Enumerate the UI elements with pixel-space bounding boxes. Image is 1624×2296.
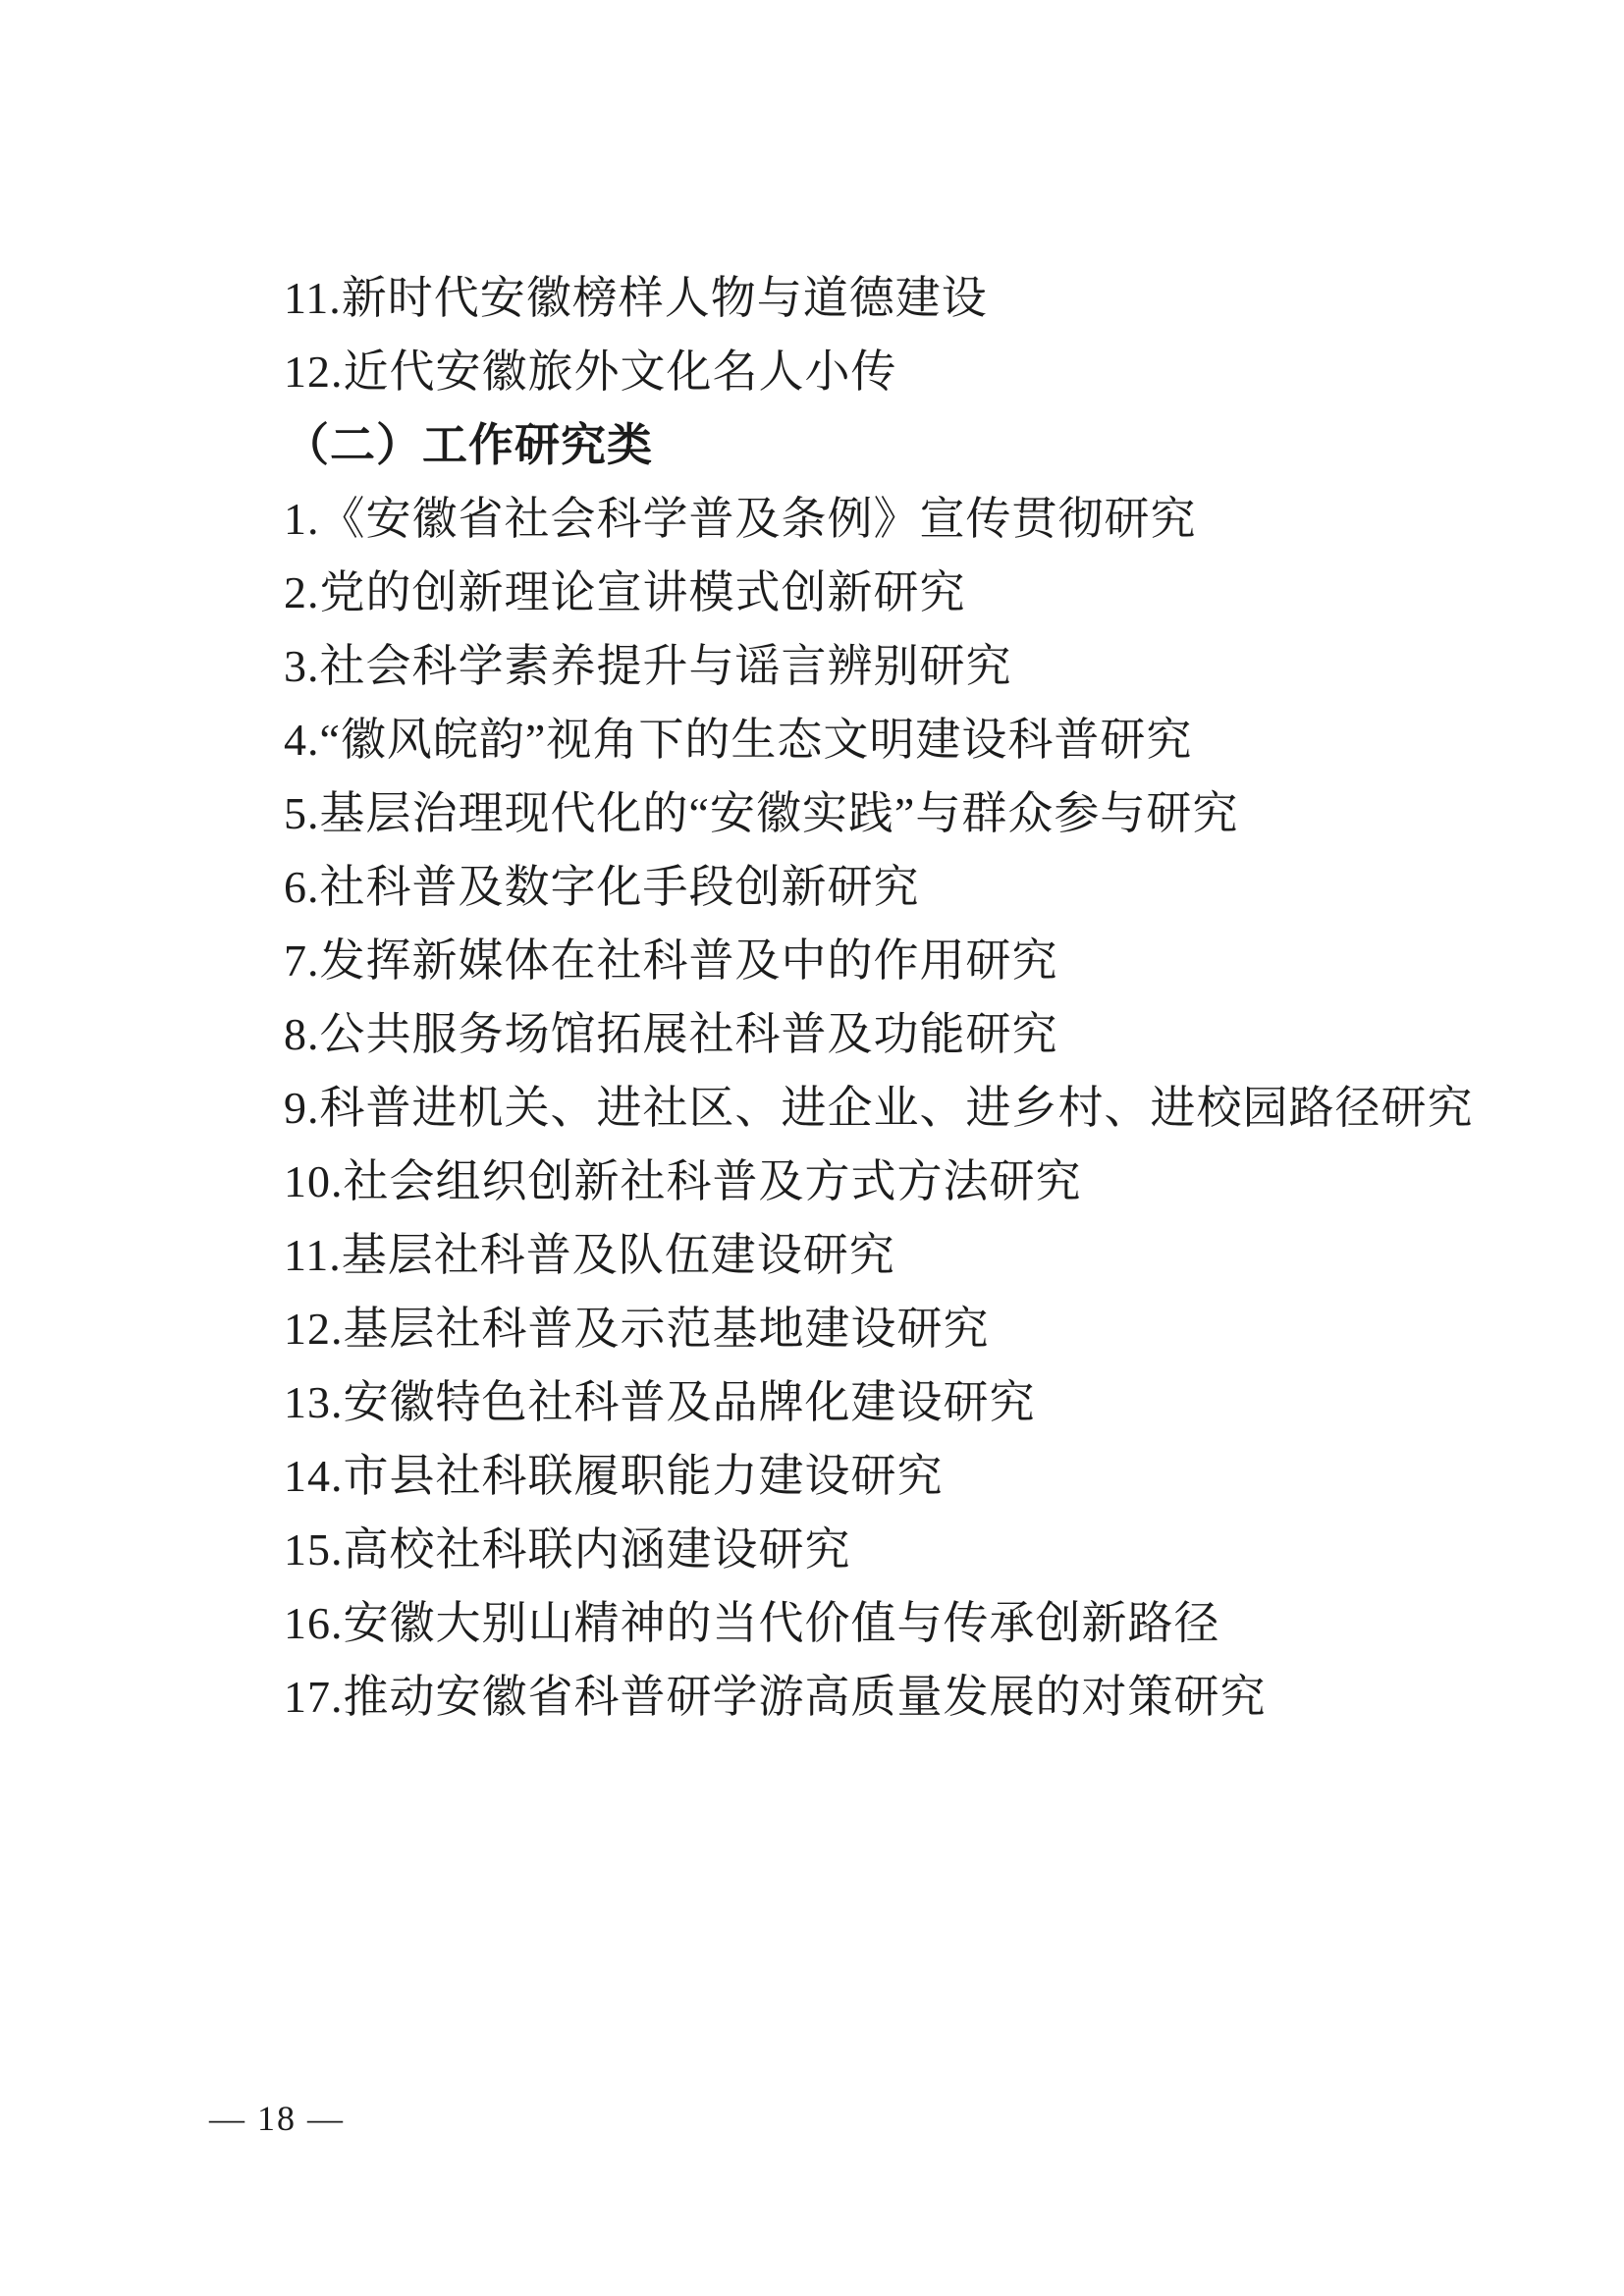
topic-list-item: 7.发挥新媒体在社科普及中的作用研究: [284, 924, 1491, 997]
topic-list-item: 17.推动安徽省科普研学游高质量发展的对策研究: [284, 1660, 1491, 1734]
section-heading: （二）工作研究类: [284, 408, 1491, 482]
topic-list-item: 10.社会组织创新社科普及方式方法研究: [284, 1145, 1491, 1218]
document-page: 11.新时代安徽榜样人物与道德建设12.近代安徽旅外文化名人小传（二）工作研究类…: [0, 0, 1624, 2296]
page-number: — 18 —: [209, 2097, 345, 2140]
topic-list-item: 3.社会科学素养提升与谣言辨别研究: [284, 629, 1491, 703]
topic-list-item: 2.党的创新理论宣讲模式创新研究: [284, 556, 1491, 629]
topic-list-item: 16.安徽大别山精神的当代价值与传承创新路径: [284, 1586, 1491, 1660]
topic-list-item: 8.公共服务场馆拓展社科普及功能研究: [284, 997, 1491, 1071]
topic-list: 11.新时代安徽榜样人物与道德建设12.近代安徽旅外文化名人小传（二）工作研究类…: [284, 261, 1491, 1734]
topic-list-item: 12.基层社科普及示范基地建设研究: [284, 1292, 1491, 1365]
topic-list-item: 4.“徽风皖韵”视角下的生态文明建设科普研究: [284, 703, 1491, 776]
topic-list-item: 1.《安徽省社会科学普及条例》宣传贯彻研究: [284, 482, 1491, 556]
topic-list-item: 9.科普进机关、进社区、进企业、进乡村、进校园路径研究: [284, 1071, 1491, 1145]
topic-list-item: 11.新时代安徽榜样人物与道德建设: [284, 261, 1491, 335]
topic-list-item: 11.基层社科普及队伍建设研究: [284, 1218, 1491, 1292]
topic-list-item: 13.安徽特色社科普及品牌化建设研究: [284, 1365, 1491, 1439]
topic-list-item: 6.社科普及数字化手段创新研究: [284, 850, 1491, 924]
topic-list-item: 14.市县社科联履职能力建设研究: [284, 1439, 1491, 1513]
topic-list-item: 15.高校社科联内涵建设研究: [284, 1513, 1491, 1586]
topic-list-item: 12.近代安徽旅外文化名人小传: [284, 335, 1491, 408]
topic-list-item: 5.基层治理现代化的“安徽实践”与群众参与研究: [284, 776, 1491, 850]
